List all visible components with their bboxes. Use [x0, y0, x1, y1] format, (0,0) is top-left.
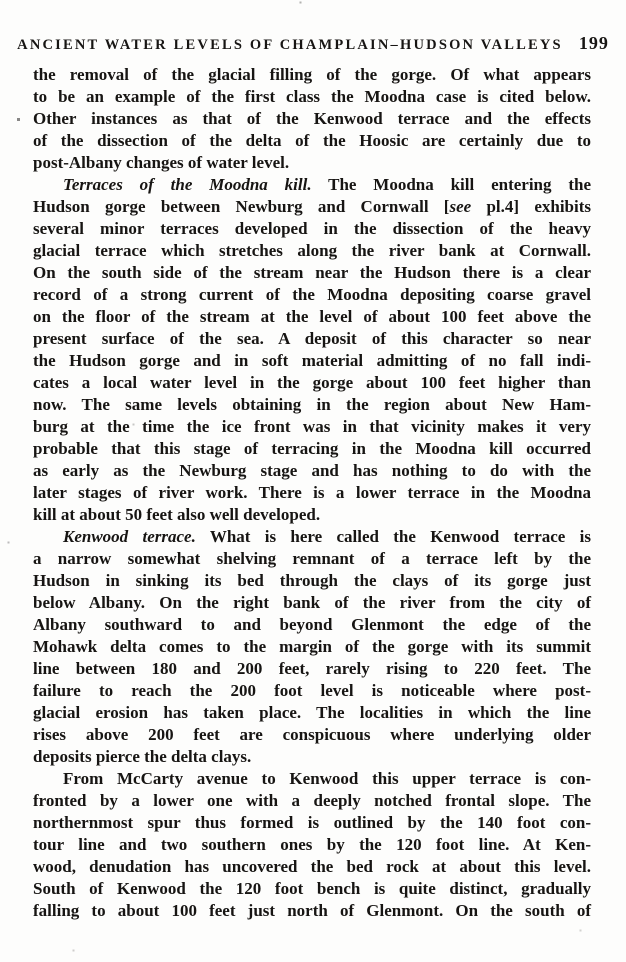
- text-line: Terraces of the Moodna kill. The Moodna …: [33, 174, 591, 196]
- text-run: glacial erosion has taken place. The loc…: [33, 703, 591, 722]
- text-run: falling to about 100 feet just north of …: [33, 901, 591, 920]
- text-run: failure to reach the 200 foot level is n…: [33, 681, 591, 700]
- text-run: fronted by a lower one with a deeply not…: [33, 791, 591, 810]
- text-run: Albany southward to and beyond Glenmont …: [33, 615, 591, 634]
- text-run: rises above 200 feet are conspicuous whe…: [33, 725, 591, 744]
- text-run: record of a strong current of the Moodna…: [33, 285, 591, 304]
- text-line: Other instances as that of the Kenwood t…: [33, 108, 591, 130]
- text-line: northernmost spur thus formed is outline…: [33, 812, 591, 834]
- text-run: deposits pierce the delta clays.: [33, 747, 251, 766]
- page-number: 199: [579, 33, 609, 54]
- text-line: deposits pierce the delta clays.: [33, 746, 591, 768]
- text-line: glacial terrace which stretches along th…: [33, 240, 591, 262]
- text-line: of the dissection of the delta of the Ho…: [33, 130, 591, 152]
- text-run: a narrow somewhat shelving remnant of a …: [33, 549, 591, 568]
- text-run: pl.4] exhibits: [471, 197, 591, 216]
- italic-text-run: Kenwood terrace.: [63, 527, 196, 546]
- text-line: Hudson gorge between Newburg and Cornwal…: [33, 196, 591, 218]
- text-run: Mohawk delta comes to the margin of the …: [33, 637, 591, 656]
- text-line: now. The same levels obtaining in the re…: [33, 394, 591, 416]
- paragraph: From McCarty avenue to Kenwood this uppe…: [33, 768, 591, 922]
- text-line: failure to reach the 200 foot level is n…: [33, 680, 591, 702]
- text-run: kill at about 50 feet also well develope…: [33, 505, 320, 524]
- text-line: to be an example of the first class the …: [33, 86, 591, 108]
- text-run: to be an example of the first class the …: [33, 87, 591, 106]
- text-run: probable that this stage of terracing in…: [33, 439, 591, 458]
- text-run: below Albany. On the right bank of the r…: [33, 593, 591, 612]
- text-line: as early as the Newburg stage and has no…: [33, 460, 591, 482]
- text-run: South of Kenwood the 120 foot bench is q…: [33, 879, 591, 898]
- text-run: burg at the time the ice front was in th…: [33, 417, 591, 436]
- text-line: a narrow somewhat shelving remnant of a …: [33, 548, 591, 570]
- text-run: as early as the Newburg stage and has no…: [33, 461, 591, 480]
- text-run: What is here called the Kenwood terrace …: [196, 527, 591, 546]
- text-line: line between 180 and 200 feet, rarely ri…: [33, 658, 591, 680]
- text-run: of the dissection of the delta of the Ho…: [33, 131, 591, 150]
- text-line: tour line and two southern ones by the 1…: [33, 834, 591, 856]
- text-run: From McCarty avenue to Kenwood this uppe…: [63, 769, 591, 788]
- book-page: ANCIENT WATER LEVELS OF CHAMPLAIN–HUDSON…: [0, 0, 626, 962]
- text-line: the removal of the glacial filling of th…: [33, 64, 591, 86]
- text-line: burg at the time the ice front was in th…: [33, 416, 591, 438]
- text-run: The Moodna kill entering the: [312, 175, 591, 194]
- text-line: Mohawk delta comes to the margin of the …: [33, 636, 591, 658]
- text-line: glacial erosion has taken place. The loc…: [33, 702, 591, 724]
- italic-text-run: see: [449, 197, 471, 216]
- text-run: the removal of the glacial filling of th…: [33, 65, 591, 84]
- text-line: wood, denudation has uncovered the bed r…: [33, 856, 591, 878]
- text-line: later stages of river work. There is a l…: [33, 482, 591, 504]
- text-line: cates a local water level in the gorge a…: [33, 372, 591, 394]
- text-run: cates a local water level in the gorge a…: [33, 373, 591, 392]
- text-run: line between 180 and 200 feet, rarely ri…: [33, 659, 591, 678]
- text-line: below Albany. On the right bank of the r…: [33, 592, 591, 614]
- paragraph: the removal of the glacial filling of th…: [33, 64, 591, 174]
- text-run: Hudson gorge between Newburg and Cornwal…: [33, 197, 449, 216]
- text-line: fronted by a lower one with a deeply not…: [33, 790, 591, 812]
- text-line: the Hudson gorge and in soft material ad…: [33, 350, 591, 372]
- text-run: present surface of the sea. A deposit of…: [33, 329, 591, 348]
- text-run: Other instances as that of the Kenwood t…: [33, 109, 591, 128]
- text-run: on the floor of the stream at the level …: [33, 307, 591, 326]
- text-run: now. The same levels obtaining in the re…: [33, 395, 591, 414]
- text-line: on the floor of the stream at the level …: [33, 306, 591, 328]
- paragraph: Terraces of the Moodna kill. The Moodna …: [33, 174, 591, 526]
- page-header: ANCIENT WATER LEVELS OF CHAMPLAIN–HUDSON…: [0, 33, 626, 54]
- text-run: wood, denudation has uncovered the bed r…: [33, 857, 591, 876]
- text-line: South of Kenwood the 120 foot bench is q…: [33, 878, 591, 900]
- page-body: the removal of the glacial filling of th…: [33, 64, 591, 922]
- text-line: record of a strong current of the Moodna…: [33, 284, 591, 306]
- text-line: kill at about 50 feet also well develope…: [33, 504, 591, 526]
- text-line: Hudson in sinking its bed through the cl…: [33, 570, 591, 592]
- text-run: the Hudson gorge and in soft material ad…: [33, 351, 591, 370]
- text-run: glacial terrace which stretches along th…: [33, 241, 591, 260]
- text-line: present surface of the sea. A deposit of…: [33, 328, 591, 350]
- text-line: From McCarty avenue to Kenwood this uppe…: [33, 768, 591, 790]
- paragraph: Kenwood terrace. What is here called the…: [33, 526, 591, 768]
- text-line: post-Albany changes of water level.: [33, 152, 591, 174]
- text-run: post-Albany changes of water level.: [33, 153, 289, 172]
- text-line: falling to about 100 feet just north of …: [33, 900, 591, 922]
- text-run: later stages of river work. There is a l…: [33, 483, 591, 502]
- text-run: several minor terraces developed in the …: [33, 219, 591, 238]
- text-run: northernmost spur thus formed is outline…: [33, 813, 591, 832]
- running-title: ANCIENT WATER LEVELS OF CHAMPLAIN–HUDSON…: [17, 37, 563, 54]
- text-run: Hudson in sinking its bed through the cl…: [33, 571, 591, 590]
- text-line: rises above 200 feet are conspicuous whe…: [33, 724, 591, 746]
- text-line: several minor terraces developed in the …: [33, 218, 591, 240]
- text-line: probable that this stage of terracing in…: [33, 438, 591, 460]
- text-line: Kenwood terrace. What is here called the…: [33, 526, 591, 548]
- scan-speck-artifacts: [0, 0, 1, 1]
- text-run: tour line and two southern ones by the 1…: [33, 835, 591, 854]
- text-run: On the south side of the stream near the…: [33, 263, 591, 282]
- italic-text-run: Terraces of the Moodna kill.: [63, 175, 312, 194]
- text-line: On the south side of the stream near the…: [33, 262, 591, 284]
- text-line: Albany southward to and beyond Glenmont …: [33, 614, 591, 636]
